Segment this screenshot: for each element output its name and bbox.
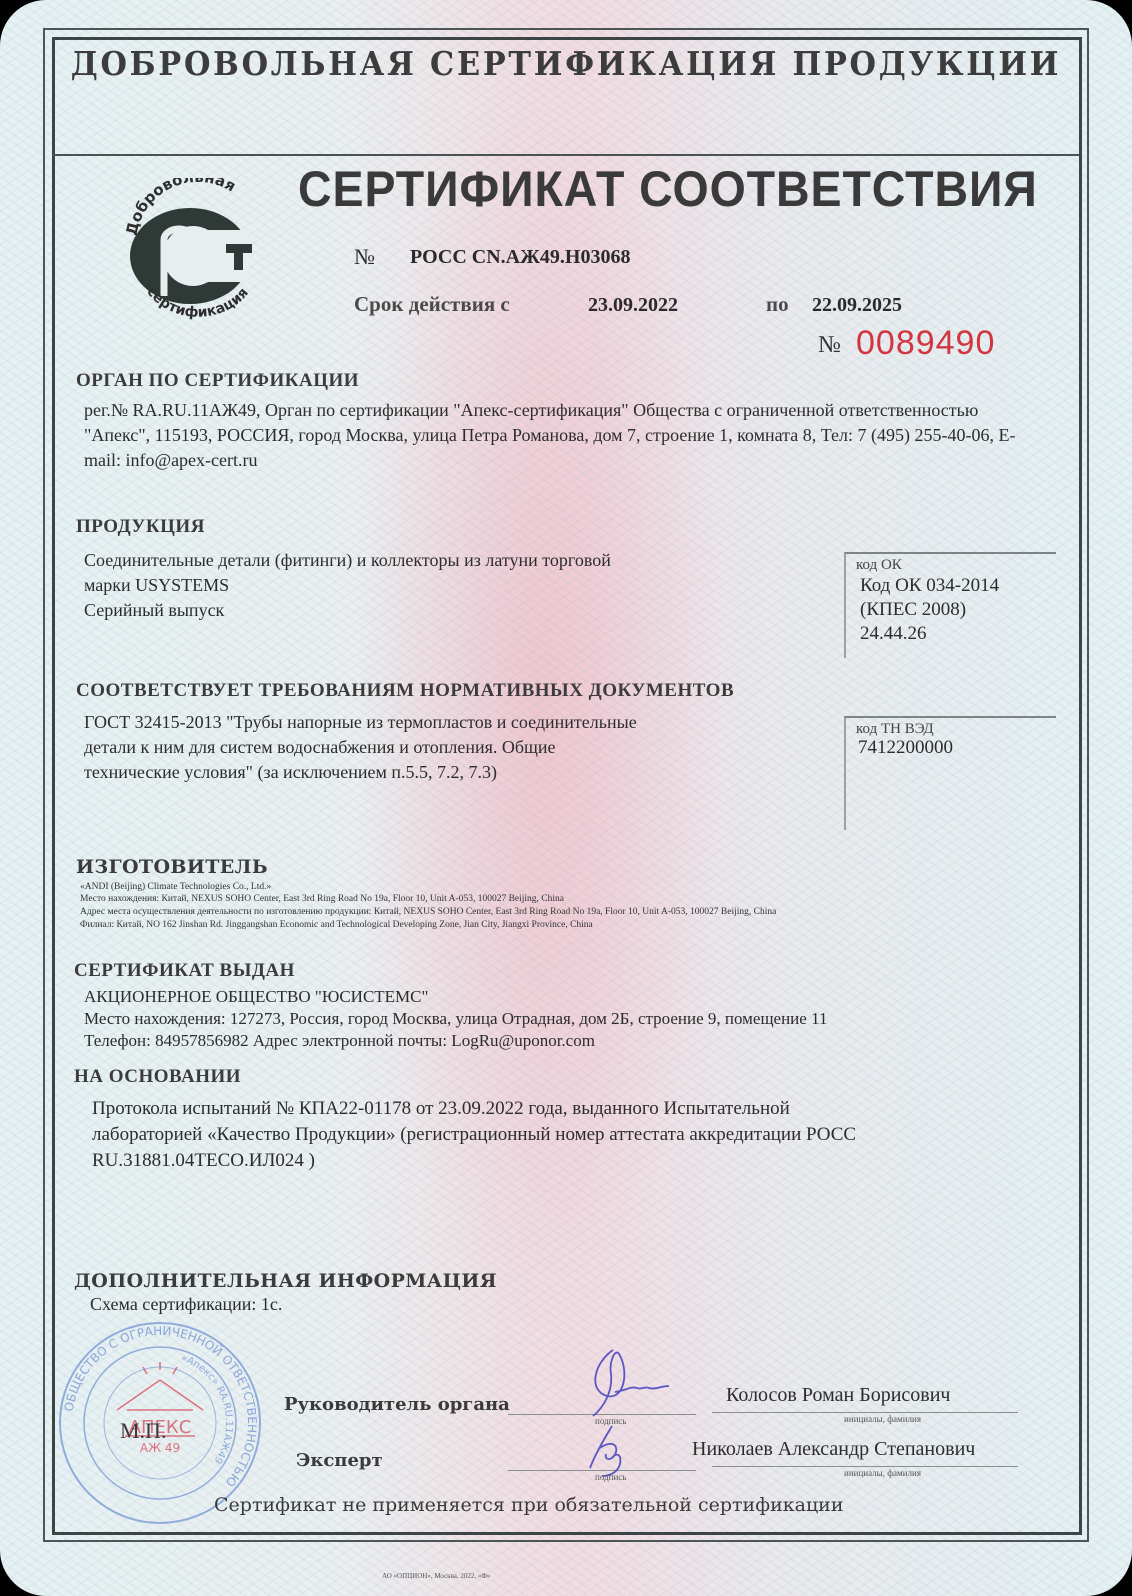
- basis-heading: НА ОСНОВАНИИ: [74, 1066, 241, 1088]
- basis-line-2: лабораторией «Качество Продукции» (регис…: [92, 1122, 856, 1147]
- issued-to-heading: СЕРТИФИКАТ ВЫДАН: [74, 960, 295, 982]
- validity-label: Срок действия с: [354, 292, 510, 317]
- ok-code-box: код ОК Код ОК 034-2014 (КПЕС 2008) 24.44…: [844, 552, 1056, 658]
- manufacturer-location: Место нахождения: Китай, NEXUS SOHO Cent…: [80, 893, 564, 905]
- ok-code-line-3: 24.44.26: [846, 622, 1056, 646]
- certification-body-heading: ОРГАН ПО СЕРТИФИКАЦИИ: [76, 370, 359, 392]
- valid-to-label: по: [766, 292, 789, 317]
- rst-logo-icon: Добровольная сертификация: [118, 178, 278, 328]
- ok-code-caption: код ОК: [846, 554, 1056, 574]
- svg-text:«Апекс» RA.RU.11АЖ49: «Апекс» RA.RU.11АЖ49: [179, 1353, 234, 1466]
- form-serial-number: 0089490: [856, 324, 995, 363]
- printer-imprint: АО «ОПЦИОН», Москва, 2022, «Ф»: [382, 1572, 490, 1580]
- certification-body-text: рег.№ RA.RU.11АЖ49, Орган по сертификаци…: [84, 398, 1024, 473]
- manufacturer-production-address: Адрес места осуществления деятельности п…: [80, 906, 776, 918]
- manufacturer-heading: ИЗГОТОВИТЕЛЬ: [76, 856, 268, 878]
- product-line-2: марки USYSTEMS: [84, 573, 229, 598]
- signatory-name-expert: Николаев Александр Степанович: [692, 1438, 975, 1461]
- product-line-3: Серийный выпуск: [84, 598, 224, 623]
- ok-code-line-2: (КПЕС 2008): [846, 598, 1056, 622]
- name-caption-head: инициалы, фамилия: [844, 1414, 921, 1424]
- manufacturer-branch: Филиал: Китай, NO 162 Jinshan Rd. Jingga…: [80, 919, 593, 931]
- manufacturer-name: «ANDI (Beijing) Climate Technologies Co.…: [80, 881, 271, 893]
- issued-to-contacts: Телефон: 84957856982 Адрес электронной п…: [84, 1028, 595, 1053]
- signature-head-icon: [585, 1344, 675, 1420]
- valid-to-date: 22.09.2025: [812, 294, 902, 317]
- standards-line-1: ГОСТ 32415-2013 "Трубы напорные из термо…: [84, 710, 637, 735]
- product-line-1: Соединительные детали (фитинги) и коллек…: [84, 548, 611, 573]
- header-divider: [52, 154, 1079, 156]
- footer-note: Сертификат не применяется при обязательн…: [214, 1494, 844, 1516]
- name-line-head: [712, 1412, 1018, 1413]
- standards-heading: СООТВЕТСТВУЕТ ТРЕБОВАНИЯМ НОРМАТИВНЫХ ДО…: [76, 680, 734, 702]
- name-line-expert: [712, 1466, 1018, 1467]
- name-caption-expert: инициалы, фамилия: [844, 1468, 921, 1478]
- signatory-role-head: Руководитель органа: [284, 1394, 510, 1415]
- certificate-title: СЕРТИФИКАТ СООТВЕТСТВИЯ: [298, 160, 1038, 218]
- form-serial-label: №: [818, 332, 841, 359]
- tnved-code-caption: код ТН ВЭД: [846, 718, 1056, 738]
- certificate-number-label: №: [354, 244, 375, 270]
- product-heading: ПРОДУКЦИЯ: [76, 516, 205, 538]
- certificate-number: РОСС CN.АЖ49.Н03068: [410, 246, 630, 269]
- ok-code-line-1: Код ОК 034-2014: [846, 574, 1056, 598]
- basis-line-1: Протокола испытаний № КПА22-01178 от 23.…: [92, 1096, 790, 1121]
- signatory-role-expert: Эксперт: [296, 1450, 383, 1471]
- certificate-sheet: ДОБРОВОЛЬНАЯ СЕРТИФИКАЦИЯ ПРОДУКЦИИ Добр…: [0, 0, 1132, 1596]
- stamp-place-label: М.П.: [120, 1418, 166, 1444]
- standards-line-3: технические условия" (за исключением п.5…: [84, 760, 497, 785]
- certification-scheme: Схема сертификации: 1с.: [90, 1292, 282, 1317]
- tnved-code-value: 7412200000: [846, 738, 1056, 758]
- standards-line-2: детали к ним для систем водоснабжения и …: [84, 735, 556, 760]
- signature-caption-expert: подпись: [595, 1472, 626, 1482]
- basis-line-3: RU.31881.04ТЕСО.ИЛ024 ): [92, 1148, 315, 1173]
- additional-info-heading: ДОПОЛНИТЕЛЬНАЯ ИНФОРМАЦИЯ: [74, 1270, 497, 1292]
- valid-from-date: 23.09.2022: [588, 294, 678, 317]
- signatory-name-head: Колосов Роман Борисович: [726, 1384, 951, 1407]
- voluntary-certification-title: ДОБРОВОЛЬНАЯ СЕРТИФИКАЦИЯ ПРОДУКЦИИ: [45, 44, 1086, 83]
- tnved-code-box: код ТН ВЭД 7412200000: [844, 716, 1056, 830]
